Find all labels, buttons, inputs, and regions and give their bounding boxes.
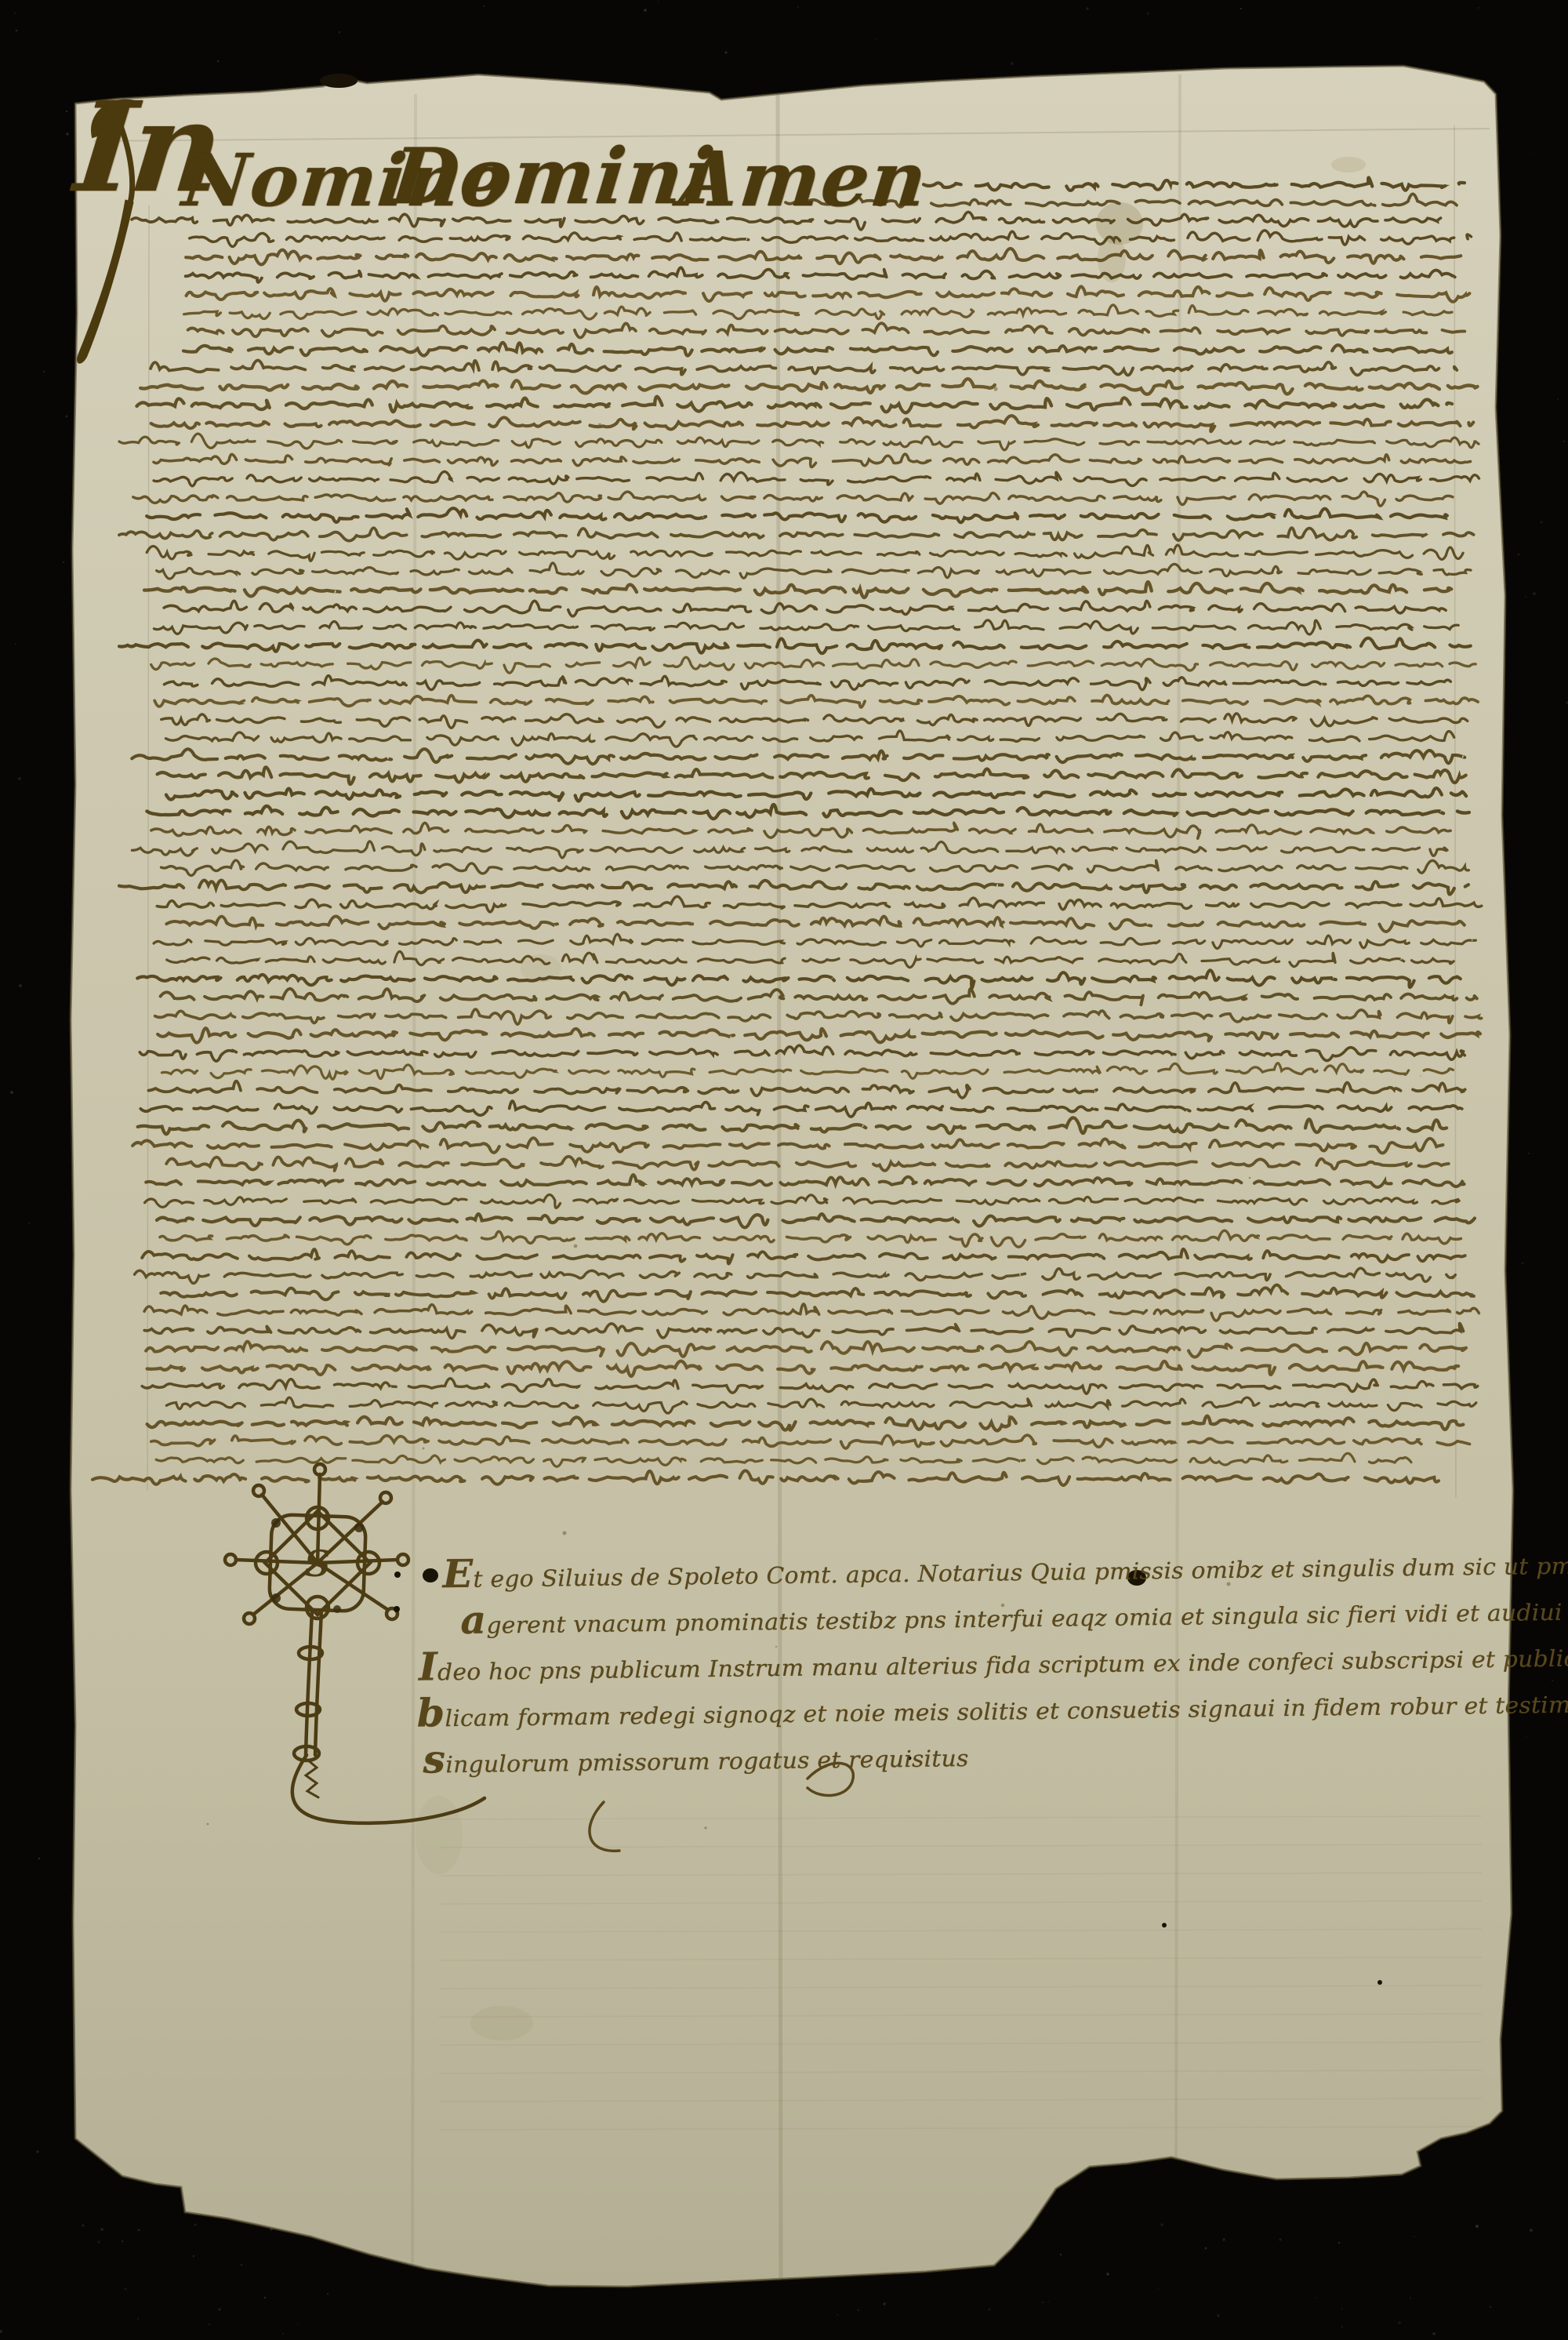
photograph-background: S In Nomine Domini Amen Et ego Siluiu [0, 0, 1568, 2340]
heading-word-amen: Amen [676, 135, 932, 223]
heading-word-domini: Domini [387, 132, 720, 222]
parchment-sheet: S [0, 0, 1568, 2340]
subscription-line: singulorum pmissorum rogatus et requisit… [423, 1730, 969, 1782]
notary-monogram: S [304, 1542, 330, 1585]
